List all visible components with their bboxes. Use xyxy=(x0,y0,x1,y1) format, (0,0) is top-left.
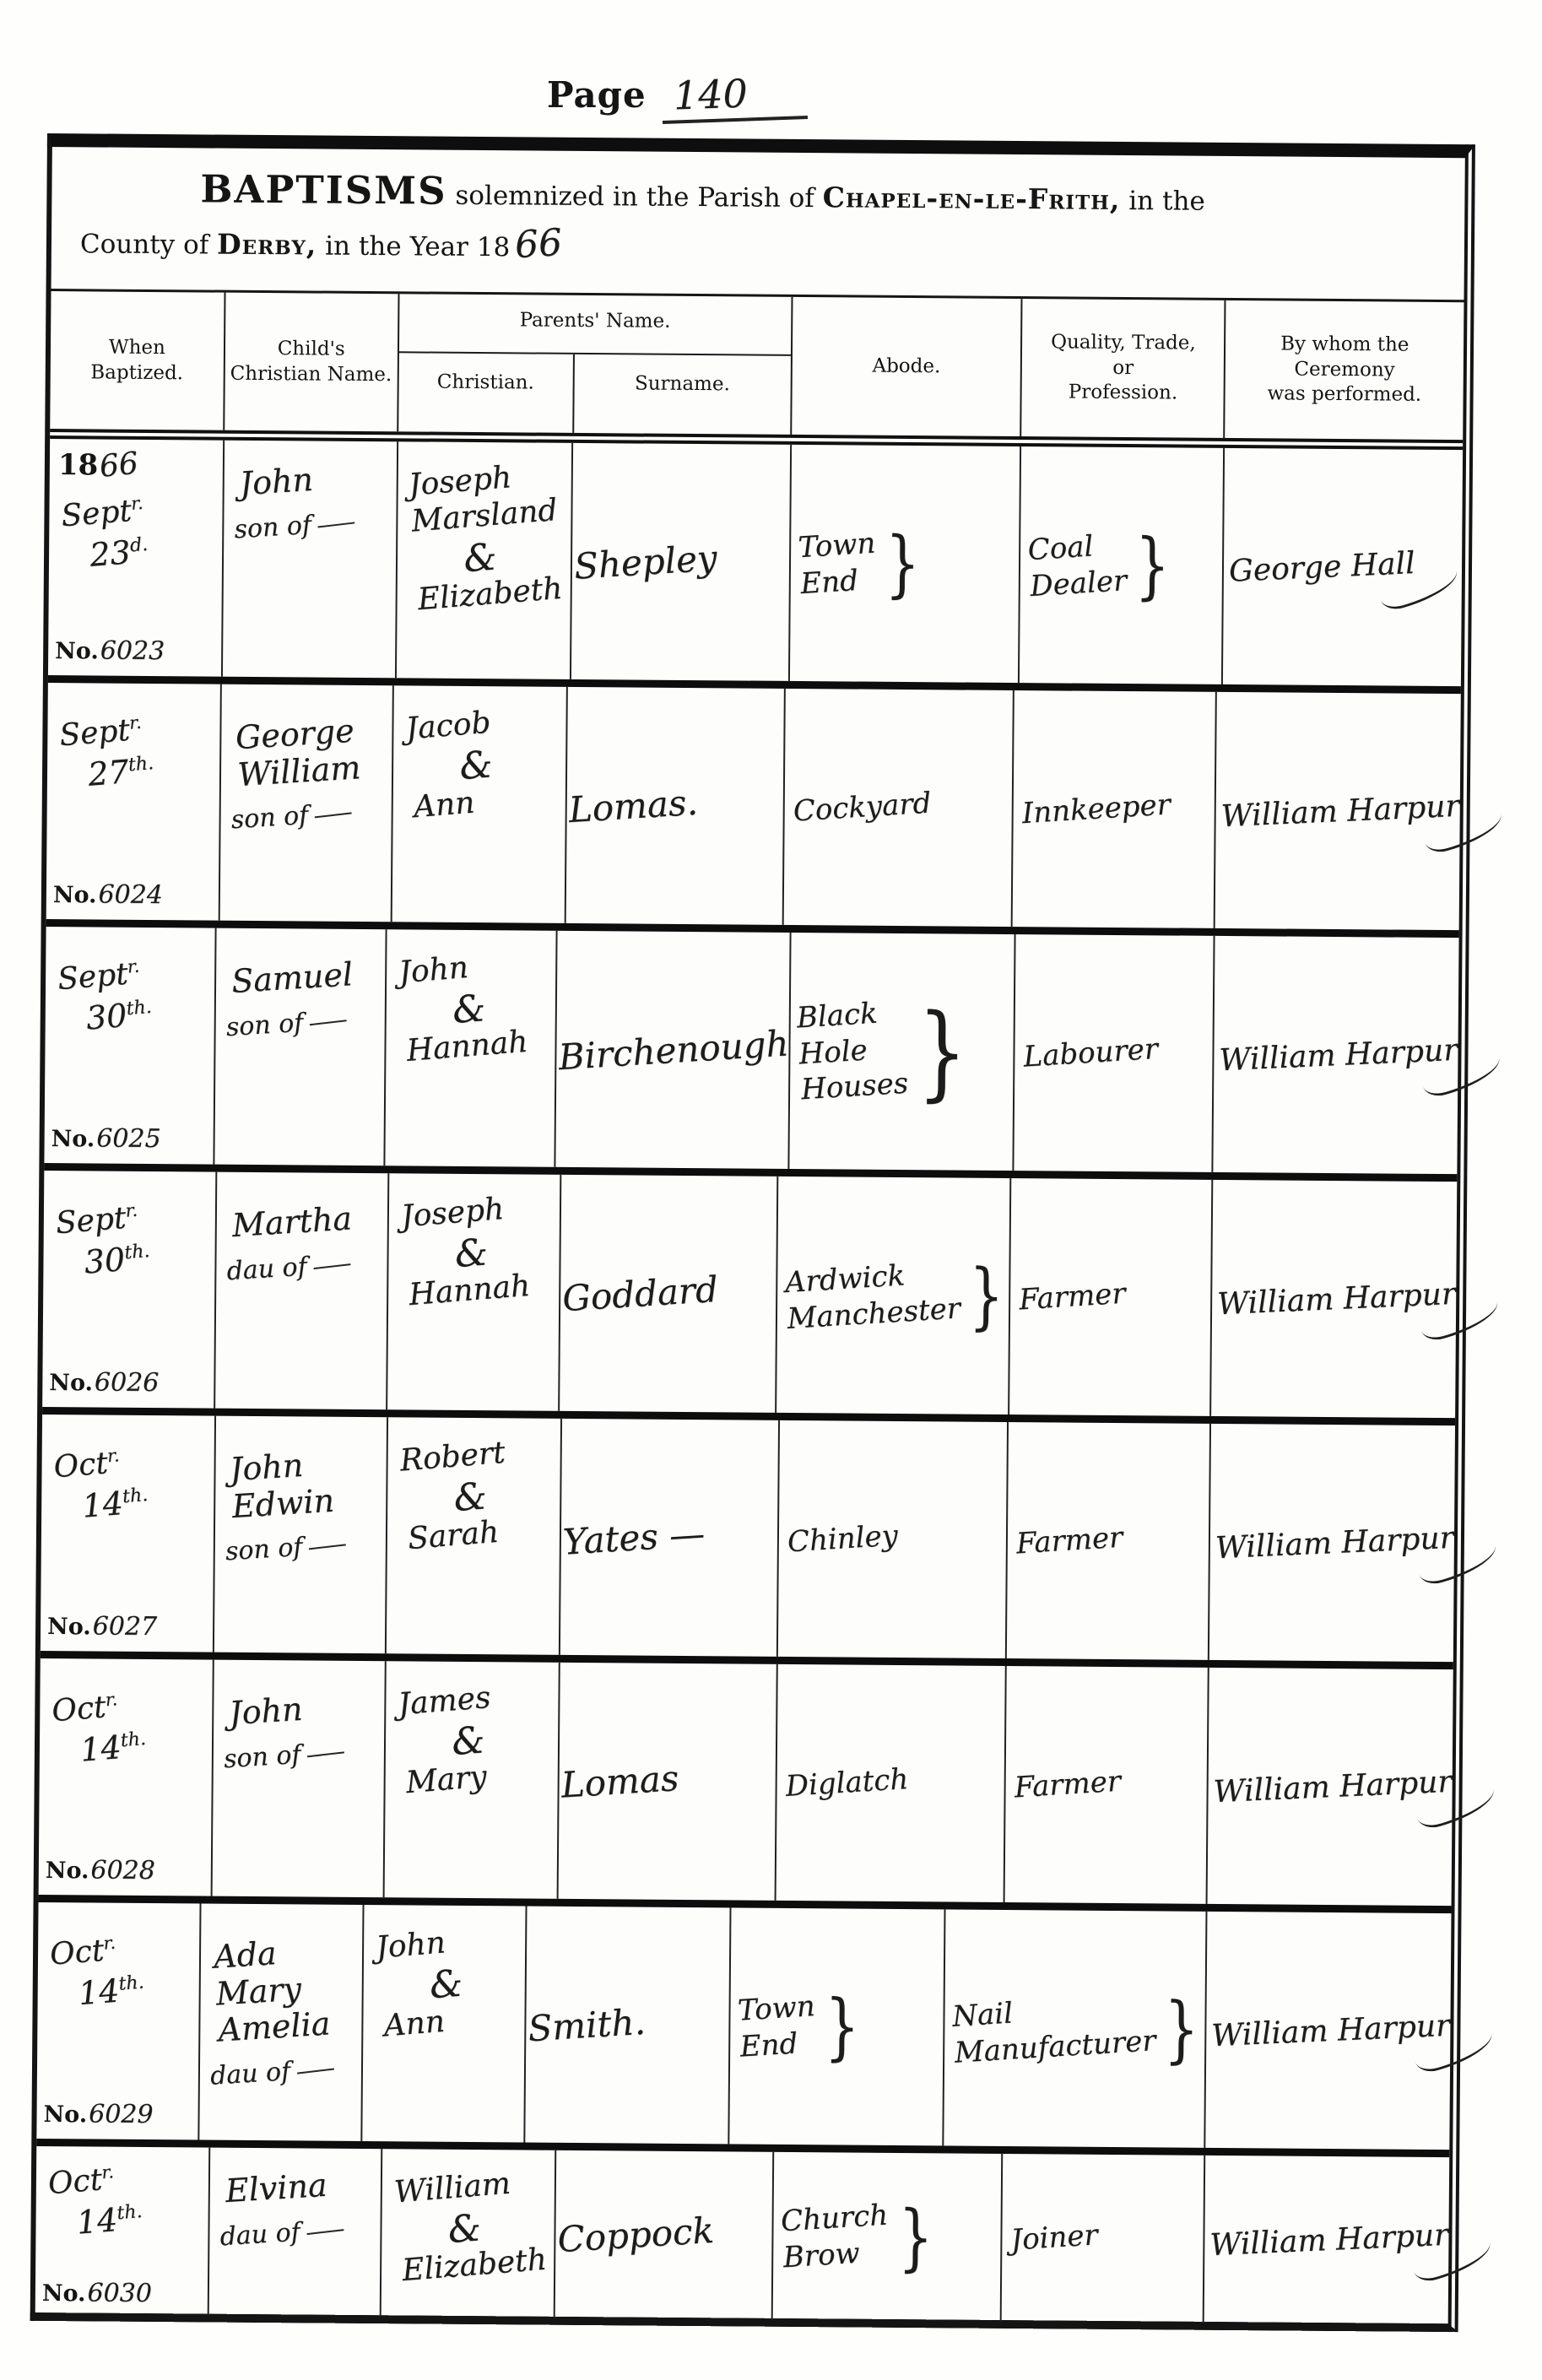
child-name: John Edwin xyxy=(229,1442,389,1526)
date-day-text: 27 xyxy=(87,753,131,793)
minister-name: William Harpur xyxy=(1215,1520,1455,1566)
parents-christian-cell: James & Mary xyxy=(383,1661,559,1899)
abode: Town End xyxy=(737,1988,819,2065)
abode-wrap: Town End } xyxy=(729,1907,944,2145)
quality-trade-cell: Farmer xyxy=(1005,1422,1209,1660)
child-name: Martha xyxy=(230,1198,387,1245)
date-month-suffix: r. xyxy=(100,2161,114,2183)
surname: Smith. xyxy=(527,2000,647,2049)
entry-number-line: No.6023 xyxy=(55,636,165,666)
register-row: Octr. 14th. No.6027 John Edwin son of Ro… xyxy=(41,1414,1455,1669)
date-month-text: Oct xyxy=(52,1446,109,1485)
baptism-date: Octr. 14th. xyxy=(52,1438,216,1528)
quality-trade-cell: Nail Manufacturer } xyxy=(943,1909,1206,2147)
date-month: Septr. xyxy=(60,487,221,534)
date-day-text: 23 xyxy=(89,533,133,574)
date-day-suffix: th. xyxy=(127,753,154,776)
entry-number-value: 6030 xyxy=(87,2278,152,2308)
surname: Goddard xyxy=(561,1268,719,1318)
no-label: No. xyxy=(46,1858,89,1884)
date-month-suffix: r. xyxy=(127,956,140,977)
register-row: Septr. 27th. No.6024 George William son … xyxy=(46,683,1461,938)
baptism-date: Septr. 30th. xyxy=(57,950,218,1039)
occupation: Farmer xyxy=(1015,1519,1124,1561)
date-month-text: Oct xyxy=(49,1934,106,1972)
surname-cell: Goddard xyxy=(558,1175,776,1413)
child-name-cell: Martha dau of xyxy=(214,1172,387,1410)
parents-christian-cell: William & Elizabeth xyxy=(380,2149,555,2318)
occupation-wrap: Farmer xyxy=(1007,1422,1209,1660)
abode: Ardwick Manchester xyxy=(784,1254,961,1337)
abode-cell: Town End } xyxy=(728,1907,944,2145)
date-day: 14th. xyxy=(77,1966,202,2012)
date-month-text: Sept xyxy=(57,957,129,997)
entry-number-line: No.6027 xyxy=(47,1611,157,1642)
occupation-wrap: Labourer xyxy=(1014,934,1214,1172)
date-month-text: Oct xyxy=(46,2162,103,2201)
title-year-handwritten: 66 xyxy=(514,221,564,267)
header-parents-christian: Christian. xyxy=(398,354,573,433)
abode-cell: Cockyard xyxy=(782,689,1013,927)
date-day-suffix: th. xyxy=(126,997,153,1020)
mother-name: Hannah xyxy=(407,1266,560,1312)
baptism-date: Septr. 23d. xyxy=(60,487,225,576)
date-month: Octr. xyxy=(46,2155,207,2202)
abode-cell: Diglatch xyxy=(775,1664,1005,1902)
child-relation: dau of xyxy=(225,1247,387,1286)
date-day: 23d. xyxy=(89,526,225,573)
mother-name: Elizabeth xyxy=(416,571,571,617)
entry-number-value: 6029 xyxy=(89,2099,154,2129)
abode-cell: Church Brow } xyxy=(771,2152,1002,2322)
mother-name: Elizabeth xyxy=(401,2242,555,2288)
when-baptized-cell: Octr. 14th. No.6029 xyxy=(36,1902,199,2139)
occupation: Innkeeper xyxy=(1021,787,1172,831)
date-month-suffix: r. xyxy=(130,493,143,514)
page-number-handwritten: 140 xyxy=(661,68,808,124)
father-name: Joseph Marsland xyxy=(407,455,573,540)
date-month-suffix: r. xyxy=(103,1933,116,1954)
abode-brace: } xyxy=(968,1260,1004,1333)
minister-cell: George Hall xyxy=(1221,448,1463,686)
page-label: Page xyxy=(547,74,647,116)
date-day-suffix: d. xyxy=(129,534,149,557)
date-day-text: 30 xyxy=(84,997,128,1037)
occupation-wrap: Farmer xyxy=(1009,1178,1211,1416)
parents-christian-cell: Joseph & Hannah xyxy=(386,1173,560,1411)
minister-name: William Harpur xyxy=(1213,1764,1453,1809)
register-row: Octr. 14th. No.6028 John son of James & … xyxy=(39,1658,1453,1913)
quality-trade-cell: Joiner xyxy=(1000,2154,1204,2323)
surname: Coppock xyxy=(556,2210,715,2260)
quality-trade-cell: Farmer xyxy=(1004,1666,1208,1904)
occupation-wrap: Coal Dealer } xyxy=(1020,446,1223,684)
minister-cell: William Harpur xyxy=(1214,692,1461,930)
abode-brace: } xyxy=(825,1990,860,2063)
date-day: 14th. xyxy=(81,1477,217,1524)
entry-number-value: 6024 xyxy=(98,880,163,911)
no-label: No. xyxy=(55,638,99,664)
header-childs-christian-name: Child's Christian Name. xyxy=(223,293,398,432)
minister-cell: William Harpur xyxy=(1211,936,1458,1174)
year-printed: 18 xyxy=(58,448,99,482)
surname-cell: Shepley xyxy=(569,443,790,681)
quality-trade-cell: Farmer xyxy=(1008,1178,1211,1416)
occupation: Coal Dealer xyxy=(1027,527,1128,604)
occupation-wrap: Farmer xyxy=(1005,1666,1208,1904)
baptism-date: Septr. 27th. xyxy=(58,706,222,796)
table-header-row: When Baptized. Child's Christian Name. P… xyxy=(50,289,1464,450)
date-month: Septr. xyxy=(54,1194,214,1241)
register-row: Septr. 30th. No.6026 Martha dau of Josep… xyxy=(42,1171,1457,1425)
date-day: 27th. xyxy=(87,745,223,792)
child-relation: son of xyxy=(225,1003,385,1042)
baptism-date: Octr. 14th. xyxy=(46,2155,210,2244)
abode-cell: Ardwick Manchester } xyxy=(775,1176,1009,1414)
occupation: Nail Manufacturer xyxy=(951,1987,1157,2071)
baptism-date: Octr. 14th. xyxy=(51,1682,214,1771)
abode-wrap: Chinley xyxy=(778,1420,1007,1658)
abode: Cockyard xyxy=(793,785,933,830)
date-day-suffix: th. xyxy=(116,2201,143,2224)
surname: Yates — xyxy=(562,1512,706,1562)
date-day: 14th. xyxy=(75,2193,211,2241)
surname: Lomas xyxy=(560,1757,680,1806)
header-parents-surname: Surname. xyxy=(572,354,791,435)
mother-name: Hannah xyxy=(405,1022,556,1068)
title-line2a: County of xyxy=(80,229,209,260)
child-name-cell: George William son of xyxy=(218,684,392,922)
register-row: Septr. 30th. No.6025 Samuel son of John … xyxy=(44,927,1458,1182)
baptism-date: Octr. 14th. xyxy=(49,1926,203,2015)
date-day-text: 30 xyxy=(83,1241,127,1281)
surname-cell: Lomas. xyxy=(565,687,784,925)
signature-flourish xyxy=(1413,2029,1497,2075)
entry-number-line: No.6029 xyxy=(43,2099,153,2129)
no-label: No. xyxy=(51,1126,95,1152)
child-name: George William xyxy=(234,711,394,794)
abode-brace: } xyxy=(898,2200,933,2273)
date-day-suffix: th. xyxy=(118,1972,145,1994)
child-name: Ada Mary Amelia xyxy=(213,1930,365,2049)
minister-name: William Harpur xyxy=(1209,2218,1450,2264)
child-name-cell: John son of xyxy=(210,1660,385,1898)
entry-number-line: No.6025 xyxy=(51,1123,161,1154)
date-month-text: Oct xyxy=(51,1690,107,1728)
no-label: No. xyxy=(43,2101,87,2128)
child-name-cell: Samuel son of xyxy=(214,928,385,1166)
entry-number-line: No.6030 xyxy=(42,2278,152,2308)
entry-number-line: No.6028 xyxy=(46,1855,155,1885)
entry-number-value: 6027 xyxy=(93,1611,158,1642)
date-month: Octr. xyxy=(49,1926,199,1972)
title-line-1: BAPTISMS solemnized in the Parish of Cha… xyxy=(80,165,1442,221)
year-handwritten: 66 xyxy=(98,446,140,484)
abode-cell: Chinley xyxy=(776,1420,1007,1658)
child-name: John xyxy=(238,457,397,503)
when-baptized-cell: Septr. 27th. No.6024 xyxy=(46,683,220,921)
date-month: Septr. xyxy=(58,706,219,754)
header-abode: Abode. xyxy=(790,297,1021,436)
baptism-date: Septr. 30th. xyxy=(54,1194,217,1284)
when-baptized-cell: 1866 Septr. 23d. No.6023 xyxy=(48,439,223,677)
minister-name: George Hall xyxy=(1229,545,1416,588)
mother-name: Sarah xyxy=(407,1510,560,1556)
date-month-suffix: r. xyxy=(128,712,142,733)
abode-cell: Black Hole Houses } xyxy=(787,933,1014,1171)
abode: Church Brow xyxy=(780,2198,891,2276)
parents-christian-cell: John & Ann xyxy=(360,1905,525,2143)
no-label: No. xyxy=(53,882,97,908)
occupation-brace: } xyxy=(1164,1993,1199,2065)
register-body: 1866 Septr. 23d. No.6023 John son of Jos… xyxy=(35,439,1463,2325)
surname-cell: Lomas xyxy=(557,1663,776,1901)
no-label: No. xyxy=(49,1370,93,1396)
mother-name: Ann xyxy=(382,1998,526,2043)
minister-name: William Harpur xyxy=(1211,2008,1452,2053)
abode-cell: Town End } xyxy=(788,445,1020,683)
minister-name: William Harpur xyxy=(1219,1032,1459,1078)
register-row: 1866 Septr. 23d. No.6023 John son of Jos… xyxy=(48,439,1463,694)
mother-name: Mary xyxy=(405,1754,559,1800)
child-relation: son of xyxy=(230,796,392,836)
signature-flourish xyxy=(1418,1297,1502,1344)
minister-cell: William Harpur xyxy=(1208,1424,1455,1662)
signature-flourish xyxy=(1420,1053,1505,1100)
date-month-suffix: r. xyxy=(106,1445,120,1466)
date-day: 30th. xyxy=(84,990,217,1037)
date-day-text: 14 xyxy=(77,1972,121,2013)
quality-trade-cell: Labourer xyxy=(1013,934,1214,1172)
date-day-suffix: th. xyxy=(120,1728,147,1751)
parents-christian-cell: John & Hannah xyxy=(383,929,555,1167)
occupation: Labourer xyxy=(1023,1031,1160,1075)
date-day: 14th. xyxy=(79,1721,215,1768)
occupation: Joiner xyxy=(1009,2218,1099,2259)
abode: Chinley xyxy=(787,1517,899,1561)
abode: Town End xyxy=(797,525,879,602)
child-relation: dau of xyxy=(219,2212,381,2252)
entry-number-value: 6028 xyxy=(90,1855,155,1885)
abode-brace: } xyxy=(917,1000,967,1103)
title-line1a: solemnized in the Parish of xyxy=(455,181,814,214)
date-day: 30th. xyxy=(83,1233,218,1280)
occupation: Farmer xyxy=(1018,1275,1127,1317)
header-when-baptized: When Baptized. xyxy=(50,291,224,430)
child-name-cell: John Edwin son of xyxy=(213,1416,387,1654)
occupation-wrap: Joiner xyxy=(1002,2154,1204,2323)
no-label: No. xyxy=(47,1614,91,1640)
date-month-text: Sept xyxy=(60,494,133,533)
child-name-cell: Elvina dau of xyxy=(207,2148,381,2318)
minister-cell: William Harpur xyxy=(1206,1668,1453,1906)
surname: Lomas. xyxy=(568,781,700,830)
occupation-wrap: Innkeeper xyxy=(1013,690,1215,928)
occupation-brace: } xyxy=(1135,529,1171,602)
surname: Shepley xyxy=(572,537,717,587)
date-month: Octr. xyxy=(52,1438,213,1485)
minister-cell: William Harpur xyxy=(1209,1180,1457,1418)
header-by-whom-performed: By whom the Ceremony was performed. xyxy=(1224,300,1464,440)
title-baptisms: BAPTISMS xyxy=(200,166,447,213)
register-sheet: BAPTISMS solemnized in the Parish of Cha… xyxy=(30,133,1475,2332)
minister-cell: William Harpur xyxy=(1204,1912,1451,2150)
occupation: Farmer xyxy=(1014,1763,1123,1805)
abode-brace: } xyxy=(885,527,921,600)
register-title: BAPTISMS solemnized in the Parish of Cha… xyxy=(51,147,1465,300)
surname: Birchenough xyxy=(557,1022,790,1078)
title-county-name: Derby, xyxy=(217,228,317,262)
date-day-text: 14 xyxy=(79,1728,123,1769)
abode-wrap: Cockyard xyxy=(784,689,1013,927)
date-month: Septr. xyxy=(57,950,214,997)
when-baptized-cell: Septr. 30th. No.6026 xyxy=(42,1171,215,1409)
child-name: Elvina xyxy=(224,2164,381,2210)
abode: Black Hole Houses xyxy=(796,994,910,1108)
child-name: Samuel xyxy=(230,955,386,1001)
parents-christian-cell: Joseph Marsland & Elizabeth xyxy=(395,441,571,679)
entry-number-value: 6026 xyxy=(95,1367,160,1398)
date-month-suffix: r. xyxy=(125,1200,138,1221)
page-header: Page140 xyxy=(547,71,807,122)
date-day-suffix: th. xyxy=(123,1241,150,1263)
title-line-2: County of Derby, in the Year 1866 xyxy=(80,219,1442,273)
title-line2b: in the Year 18 xyxy=(325,231,510,263)
signature-flourish xyxy=(1415,1785,1499,1831)
surname-cell: Birchenough xyxy=(554,931,789,1169)
when-baptized-cell: Octr. 14th. No.6030 xyxy=(35,2146,208,2316)
signature-flourish xyxy=(1422,809,1507,856)
header-parents-split: Christian. Surname. xyxy=(398,352,791,435)
child-relation: son of xyxy=(223,1734,386,1774)
header-quality-trade-profession: Quality, Trade, or Profession. xyxy=(1020,299,1225,438)
child-name-cell: John son of xyxy=(221,441,397,679)
abode-wrap: Black Hole Houses } xyxy=(789,933,1014,1171)
header-parents-name: Parents' Name. xyxy=(399,294,792,354)
date-day-text: 14 xyxy=(75,2201,119,2242)
parents-christian-cell: Jacob & Ann xyxy=(391,685,566,923)
date-month: Octr. xyxy=(51,1682,211,1729)
date-month-suffix: r. xyxy=(105,1689,118,1710)
date-day-suffix: th. xyxy=(122,1485,149,1507)
title-parish-name: Chapel-en-le-Frith, xyxy=(823,181,1121,216)
signature-flourish xyxy=(1411,2238,1496,2285)
surname-cell: Smith. xyxy=(523,1907,729,2145)
child-name: John xyxy=(228,1686,386,1733)
mother-name: Ann xyxy=(413,778,566,825)
minister-cell: William Harpur xyxy=(1203,2156,1450,2325)
header-parents-name-group: Parents' Name. Christian. Surname. xyxy=(397,294,791,435)
date-day-text: 14 xyxy=(81,1485,125,1525)
register-row: Octr. 14th. No.6029 Ada Mary Amelia dau … xyxy=(36,1902,1451,2157)
date-month-text: Sept xyxy=(54,1201,127,1241)
year-line: 1866 xyxy=(58,447,223,484)
when-baptized-cell: Octr. 14th. No.6028 xyxy=(39,1658,213,1896)
title-line1b: in the xyxy=(1128,186,1205,217)
date-month-text: Sept xyxy=(58,713,131,753)
minister-name: William Harpur xyxy=(1220,788,1461,834)
parents-christian-cell: Robert & Sarah xyxy=(385,1417,560,1655)
abode-wrap: Church Brow } xyxy=(773,2152,1002,2322)
no-label: No. xyxy=(42,2280,86,2307)
minister-name: William Harpur xyxy=(1216,1276,1457,1322)
surname-cell: Yates — xyxy=(559,1419,778,1657)
abode-wrap: Ardwick Manchester } xyxy=(776,1176,1009,1414)
abode: Diglatch xyxy=(785,1761,910,1804)
child-relation: dau of xyxy=(209,2053,361,2091)
when-baptized-cell: Septr. 30th. No.6025 xyxy=(44,927,214,1165)
occupation-wrap: Nail Manufacturer } xyxy=(944,1909,1206,2147)
signature-flourish xyxy=(1377,566,1462,613)
quality-trade-cell: Coal Dealer } xyxy=(1018,446,1223,684)
child-name-cell: Ada Mary Amelia dau of xyxy=(198,1903,362,2141)
child-relation: son of xyxy=(233,505,397,544)
entry-number-line: No.6026 xyxy=(49,1367,159,1398)
child-relation: son of xyxy=(225,1528,387,1567)
signature-flourish xyxy=(1416,1541,1501,1588)
when-baptized-cell: Octr. 14th. No.6027 xyxy=(41,1414,214,1652)
quality-trade-cell: Innkeeper xyxy=(1011,690,1215,928)
register-row: Octr. 14th. No.6030 Elvina dau of Willia… xyxy=(35,2146,1450,2325)
entry-number-line: No.6024 xyxy=(53,879,163,910)
abode-wrap: Town End } xyxy=(790,445,1020,683)
entry-number-value: 6025 xyxy=(96,1123,161,1154)
surname-cell: Coppock xyxy=(554,2150,772,2320)
entry-number-value: 6023 xyxy=(100,636,165,667)
abode-wrap: Diglatch xyxy=(776,1664,1005,1902)
